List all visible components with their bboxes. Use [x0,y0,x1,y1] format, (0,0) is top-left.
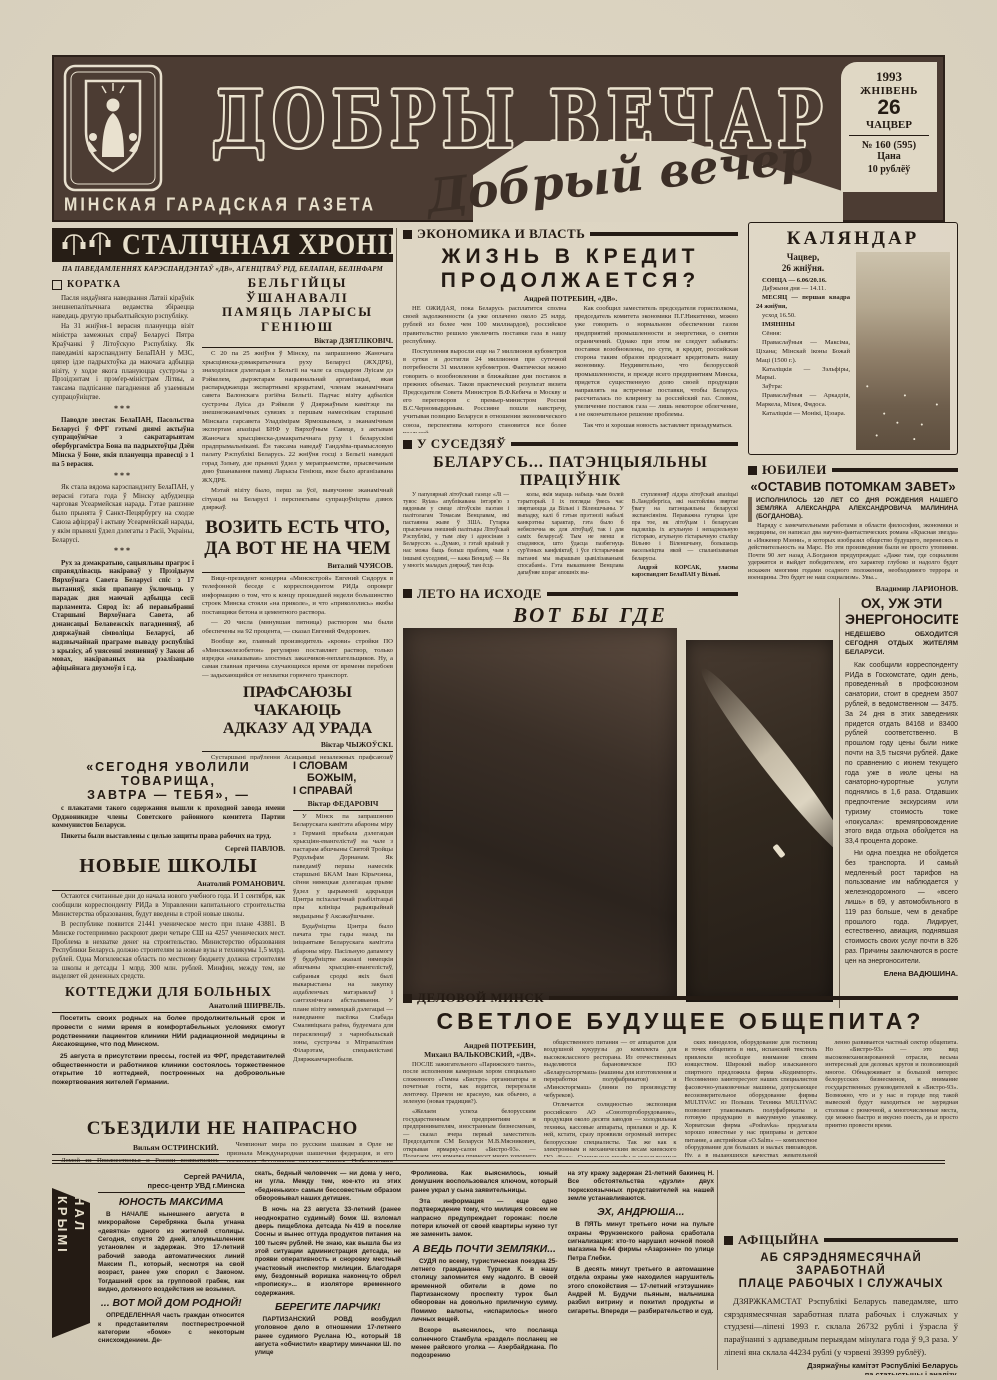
crime-paragraph: ОПРЕДЕЛЕННАЯ часть граждан относится к п… [98,1312,245,1345]
article-headline: АБ СЯРЭДНЯМЕСЯЧНАЙ ЗАРАБОТНАЙ [724,1252,958,1278]
flowers [856,359,950,450]
newspaper-subtitle: МІНСКАЯ ГАРАДСКАЯ ГАЗЕТА [64,196,376,217]
section-rule [511,442,738,446]
chronicle-source-line: ПА ПАВЕДАМЛЕННЯХ КАРЭСПАНДЭНТАЎ «ДВ», АГ… [52,265,393,273]
calendar-line: СОНЦА — 6.06/20.16. [756,277,850,286]
article-headline: ПРАФСАЮЗЫ ЧАКАЮЦЬ [202,684,393,720]
calendar-line: Праваслаўныя — Максіма, Ціхана; Мінскай … [756,339,850,366]
article-paragraph: Ни одна поездка не обойдется без транспо… [845,849,958,967]
crime-headline: ЭХ, АНДРЮША... [568,1206,715,1218]
article-paragraph: колы, якія мараць набыць чым болей тэрыт… [517,492,623,577]
black-square-icon [403,589,412,598]
newspaper-front-page: { "colors":{"paper":"#d9d1bf","ink":"#24… [0,0,997,1380]
article-paragraph: У Мінск па запрашэнню Беларускага камітэ… [293,813,393,921]
column-divider [839,598,840,1008]
article-byline: Андрей ПОТРЕБИН, [403,1041,536,1050]
left-lower-articles: «СЕГОДНЯ УВОЛИЛИ ТОВАРИЩА, ЗАВТРА — ТЕБЯ… [52,760,285,1088]
calendar-line: Каталіцкія — Зэльфіры, Марыі. [756,366,850,384]
article-schools: НОВЫЕ ШКОЛЫ Анатолий РОМАНОВИЧ. Остаются… [52,855,285,982]
open-square-icon [52,280,62,290]
horizontal-divider [52,1160,945,1161]
left-column: СТАЛІЧНАЯ ХРОНІКА ПА ПАВЕДАМЛЕННЯХ КАРЭС… [52,228,393,1162]
article-paragraph: ПОСЛЕ зажигательного «Парижского танго»,… [403,1061,536,1106]
crime-paragraph: Вскоре выяснилось, что посланца солнечно… [411,1327,558,1360]
calendar-date: 26 жніўня. [756,263,850,274]
article-headline: ВОЗИТЬ ЕСТЬ ЧТО, [202,517,393,538]
article-paragraph: ленно развивается частный сектор общепит… [825,1039,958,1130]
article-byline: па статыстыцы і аналізу. [724,1370,958,1375]
article-paragraph: Вообще же, главный производитель «крови»… [202,638,393,680]
official-block: АФІЦЫЙНА АБ СЯРЭДНЯМЕСЯЧНАЙ ЗАРАБОТНАЙ П… [724,1232,958,1375]
calendar-line: усход 16.50. [756,312,850,321]
article-paragraph: ских виноделов, оборудование для гостини… [685,1039,818,1157]
mountain-valley-photo [403,628,677,1000]
article-paragraph: Чемпионат мира по русским шашкам в Орле … [227,1141,394,1162]
calendar-box: КАЛЯНДАР Чацвер, 26 жніўня. СОНЦА — 6.06… [748,222,958,455]
article-paragraph: Вице-президент концерна «Минскстрой» Евг… [202,575,393,617]
crime-paragraph: Эта информация — еще одно подтверждение … [411,1198,558,1240]
article-headline: ПЛАЦЕ РАБОЧЫХ І СЛУЖАЧЫХ [724,1278,958,1291]
article-byline: Віктар ДЗЯТЛІКОВІЧ. [202,336,393,345]
article-unions: ПРАФСАЮЗЫ ЧАКАЮЦЬ АДКАЗУ АД УРАДА Віктар… [202,684,393,760]
horizontal-divider [52,1163,945,1164]
article-byline: Вильям ОСТРИНСКИЙ. [52,1143,219,1152]
crime-block: КРЫМІ НАЛ Сергей РАЧИЛА, пресс-центр УВД… [52,1170,714,1375]
crime-byline: Сергей РАЧИЛА, [98,1172,245,1181]
article-paragraph: Мэтай візіту было, перш за ўсё, вывучэнн… [202,487,393,512]
section-official: АФІЦЫЙНА [724,1232,958,1248]
article-belgians: БЕЛЬГІЙЦЫ ЎШАНАВАЛІ ПАМЯЦЬ ЛАРЫСЫ ГЕНІЮШ… [202,276,393,513]
article-lead: ИСПОЛНИЛОСЬ 120 ЛЕТ СО ДНЯ РОЖДЕНИЯ НАШЕ… [756,497,958,522]
issue-year: 1993 [841,69,937,85]
article-paragraph: У папулярнай літоўскай газеце «Лі — туво… [403,492,509,570]
article-checkers: СЪЕЗДИЛИ НЕ НАПРАСНО Вильям ОСТРИНСКИЙ. … [52,1118,393,1162]
section-neighbors: У СУСЕДЗЯЎ [403,436,738,452]
minsk-coat-of-arms-icon [62,63,164,193]
section-rule [590,232,738,236]
briefs-column: КОРАТКА Пасля нядаўняга наведвання Латві… [52,276,194,760]
brief-item: Пасля нядаўняга наведвання Латвіі кіраўн… [52,294,194,320]
article-paragraph: Наряду с замечательными работами в облас… [748,522,958,582]
article-headline: ОХ, УЖ ЭТИ [845,596,958,612]
article-headline: СВЕТЛОЕ БУДУЩЕЕ ОБЩЕПИТА? [403,1009,958,1035]
article-fired: «СЕГОДНЯ УВОЛИЛИ ТОВАРИЩА, ЗАВТРА — ТЕБЯ… [52,760,285,853]
article-cottages: КОТТЕДЖИ ДЛЯ БОЛЬНЫХ Анатолий ШИРВЕЛЬ. П… [52,984,285,1088]
issue-day: 26 [841,97,937,119]
article-headline: І СПРАВАЙ [293,785,393,797]
article-headline: БЕЛЬГІЙЦЫ ЎШАНАВАЛІ [202,276,393,305]
article-byline: Дзяржаўны камітэт Рэспублікі Беларусь [724,1361,958,1370]
crime-headline: БЕРЕГИТЕ ЛАРЧИК! [255,1301,402,1313]
crime-paragraph: В НАЧАЛЕ нынешнего августа в микрорайоне… [98,1211,245,1294]
crime-headline: ЮНОСТЬ МАКСИМА [98,1196,245,1208]
column-divider [396,228,397,1160]
article-paragraph: С 20 па 25 жніўня ў Мінску, па запрашэнн… [202,350,393,485]
article-headline: ЭНЕРГОНОСИТЕЛИ... [845,612,958,628]
brief-separator: *** [52,404,194,414]
field-flowers-photo [856,252,950,450]
crime-paragraph: ПАРТИЗАНСКИЙ РОВД возбудил уголовное дел… [255,1316,402,1358]
article-headline: ЖИЗНЬ В КРЕДИТ [403,245,738,269]
chronicle-title: СТАЛІЧНАЯ ХРОНІКА [122,228,393,262]
brief-item: Паводле звестак БелаПАН, Пасольства Бела… [52,416,194,469]
date-issue-box: 1993 ЖНІВЕНЬ 26 ЧАЦВЕР № 160 (595) Цана … [841,62,937,192]
article-paragraph: ДЗЯРЖКАМСТАТ Рэспублікі Беларусь паведам… [724,1295,958,1359]
calendar-line: Каталіцкія — Монікі, Цэзара. [756,410,850,419]
calendar-line: Праваслаўныя — Аркадзія, Маркела, Міхея,… [756,392,850,410]
brief-item: На 31 жніўня-1 верасня плануецца візіт м… [52,322,194,401]
briefs-header: КОРАТКА [52,279,194,290]
calendar-line: Даўжыня дня — 14.11. [756,285,850,294]
section-business-minsk: ДЕЛОВОЙ МИНСК [403,990,958,1006]
article-byline: Владимир ЛАРИОНОВ. [748,584,958,593]
middle-column: ЭКОНОМИКА И ВЛАСТЬ ЖИЗНЬ В КРЕДИТ ПРОДОЛ… [403,226,738,626]
crime-paragraph: скать, бедный человечек — ни дома у него… [255,1170,402,1203]
article-byline: Елена ВАДЮШИНА. [845,969,958,978]
article-headline: СЪЕЗДИЛИ НЕ НАПРАСНО [52,1118,393,1139]
brief-separator: *** [52,471,194,481]
section-economy-and-power: ЭКОНОМИКА И ВЛАСТЬ [403,226,738,242]
article-paragraph: Пикеты были выставлены с целью защиты пр… [52,833,285,842]
crime-paragraph: Фроликова. Как выяснилось, юный домушник… [411,1170,558,1195]
issue-weekday: ЧАЦВЕР [841,119,937,131]
article-paragraph: «Желаем успеха белорусским государственн… [403,1108,536,1157]
article-headline: «ОСТАВИВ ПОТОМКАМ ЗАВЕТ» [748,480,958,495]
section-rule [549,996,958,1000]
article-headline: ПАМЯЦЬ ЛАРЫСЫ ГЕНІЮШ [202,305,393,334]
article-vozit: ВОЗИТЬ ЕСТЬ ЧТО, ДА ВОТ НЕ НА ЧЕМ Витали… [202,517,393,681]
price-label: Цана [841,151,937,164]
divider [202,751,393,752]
article-paragraph: Остаются считанные дни до начала нового … [52,893,285,919]
crime-paragraph: СУДЯ по всему, туристическая поездка 25-… [411,1258,558,1325]
brief-item: Рух за дэмакратыю, сацыяльны прагрэс і с… [52,559,194,674]
issue-number: № 160 (595) [841,140,937,151]
article-byline: Анатолий РОМАНОВИЧ. [52,879,285,888]
article-paragraph: Поступления выросли еще на 7 миллионов к… [403,348,567,433]
black-square-icon [724,1236,733,1245]
datebox-divider [849,135,929,136]
calendar-line: ІМЯНІНЫ [756,321,850,330]
article-byline: Виталий ЧУЯСОВ. [202,561,393,570]
black-square-icon [403,440,412,449]
chronicle-header-bar: СТАЛІЧНАЯ ХРОНІКА [52,228,393,262]
section-rule [547,592,738,596]
boat [772,844,785,859]
article-byline: Віктар ФЕДАРОВІЧ [293,799,393,808]
article-lead: НЕДЕШЕВО ОБХОДИТСЯ СЕГОДНЯ ОТДЫХ ЖИТЕЛЯМ… [845,631,958,657]
jubilee-block: ЮБИЛЕИ «ОСТАВИВ ПОТОМКАМ ЗАВЕТ» ИСПОЛНИЛ… [748,462,958,594]
lead-bar [748,497,752,522]
article-word-of-god: І СЛОВАМ БОЖЫМ, І СПРАВАЙ Віктар ФЕДАРОВ… [293,760,393,1112]
article-paragraph: общественного питания — от аппаратов для… [544,1039,677,1099]
article-paragraph: В республике появится 21441 ученическое … [52,921,285,982]
crime-paragraph: В ПЯТЬ минут третьего ночи на пульте охр… [568,1221,715,1263]
calendar-title: КАЛЯНДАР [756,228,950,250]
section-jubilees: ЮБИЛЕИ [748,462,958,478]
article-headline: АДКАЗУ АД УРАДА [202,720,393,738]
crime-vertical-label: КРЫМІ НАЛ [52,1188,90,1338]
divider [202,347,393,348]
black-square-icon [403,230,412,239]
lake-boat-wake-photo [686,640,833,1002]
article-paragraph: Как сообщил заместитель председателя гор… [575,305,739,420]
article-paragraph: 25 августа в присутствии прессы, гостей … [52,1053,285,1088]
article-byline: Сергей ПАВЛОВ. [52,844,285,853]
calendar-line: Заўтра: [756,383,850,392]
article-byline: Михаил ВАЛЬКОВСКИЙ, «ДВ». [403,1050,536,1059]
calendar-line: Сёння: [756,330,850,339]
article-byline: Анатолий ШИРВЕЛЬ. [52,1001,285,1010]
crime-headline: А ВЕДЬ ПОЧТИ ЗЕМЛЯКИ... [411,1243,558,1255]
article-paragraph: ступленняў лідэра літоўскай апазіцыі В.Л… [632,492,738,563]
crime-byline: пресс-центр УВД г.Минска [98,1181,245,1190]
crime-paragraph: на эту кражу задержан 21-летний бакинец … [568,1170,715,1203]
article-paragraph: Так что и хорошая новость заставляет при… [575,422,739,430]
calendar-line: МЕСЯЦ — першая квадра 24 жніўня, [756,294,850,312]
divider [98,1192,245,1193]
article-headline: НОВЫЕ ШКОЛЫ [52,855,285,877]
article-headline: ДА ВОТ НЕ НА ЧЕМ [202,538,393,559]
calendar-date: Чацвер, [756,252,850,263]
boat-wake [692,660,833,865]
section-rule [824,1238,958,1242]
article-paragraph: НЕ ОЖИДАЯ, пока Беларусь расплатится спо… [403,305,567,346]
divider [202,572,393,573]
article-headline: ПРАЦІЎНІК [403,472,738,490]
crime-paragraph: В десять минут третьего в автомашине отд… [568,1266,715,1316]
article-paragraph: Посетить своих родных на более продолжит… [52,1015,285,1050]
article-paragraph: — 20 числа (минувшая пятница) раствором … [202,619,393,636]
article-byline: Віктар ЧЫЖОЎСКІ. [202,740,393,749]
column-divider [717,1170,718,1370]
article-headline: БЕЛАРУСЬ... ПАТЭНЦЫЯЛЬНЫ [403,454,738,472]
article-byline: Андрей ПОТРЕБИН, «ДВ». [403,294,738,303]
section-rule [832,468,958,472]
article-headline: І СЛОВАМ [293,760,393,772]
chronicle-articles-column: БЕЛЬГІЙЦЫ ЎШАНАВАЛІ ПАМЯЦЬ ЛАРЫСЫ ГЕНІЮШ… [202,276,393,760]
article-headline: КОТТЕДЖИ ДЛЯ БОЛЬНЫХ [52,984,285,999]
article-headline: «СЕГОДНЯ УВОЛИЛИ ТОВАРИЩА, [52,760,285,788]
brief-item: Як стала вядома карэспандэнту БелаПАН, у… [52,483,194,545]
masthead: ДОБРЫ ВЕЧАР Добрый вечер 1993 ЖНІВЕНЬ 26… [52,55,945,222]
article-energy: ОХ, УЖ ЭТИ ЭНЕРГОНОСИТЕЛИ... НЕДЕШЕВО ОБ… [845,596,958,1008]
divider [52,1012,285,1013]
article-headline: ЗАВТРА — ТЕБЯ», — [52,788,285,802]
street-lamp-icon [60,229,114,262]
photo-feature-headline: ВОТ БЫ ГДЕ ПОБЫВАТЬ! [443,604,738,626]
crime-paragraph: В ночь на 23 августа 33-летний (ранее не… [255,1206,402,1298]
article-headline: БОЖЫМ, [293,772,393,784]
article-headline: ПРОДОЛЖАЕТСЯ? [403,269,738,293]
calendar-text: Чацвер, 26 жніўня. СОНЦА — 6.06/20.16. Д… [756,252,850,450]
crime-headline: ... ВОТ МОЙ ДОМ РОДНОЙ! [98,1297,245,1309]
article-byline: Андрэй КОРСАК, уласны карэспандэнт БелаП… [632,565,738,579]
article-paragraph: Как сообщили корреспонденту РИДа в Госко… [845,661,958,847]
brief-separator: *** [52,546,194,556]
article-paragraph: Будаўніцтва Цэнтра было пачата тры гады … [293,923,393,1064]
price-value: 10 рублёў [841,164,937,177]
section-summer: ЛЕТО НА ИСХОДЕ [403,586,738,602]
article-paragraph: с плакатами такого содержания вышли к пр… [52,805,285,831]
divider [52,890,285,891]
black-square-icon [748,466,757,475]
article-paragraph: Отличается солидностью экспозиция россий… [544,1101,677,1157]
divider [52,1154,219,1155]
divider [293,810,393,811]
black-square-icon [403,994,412,1003]
